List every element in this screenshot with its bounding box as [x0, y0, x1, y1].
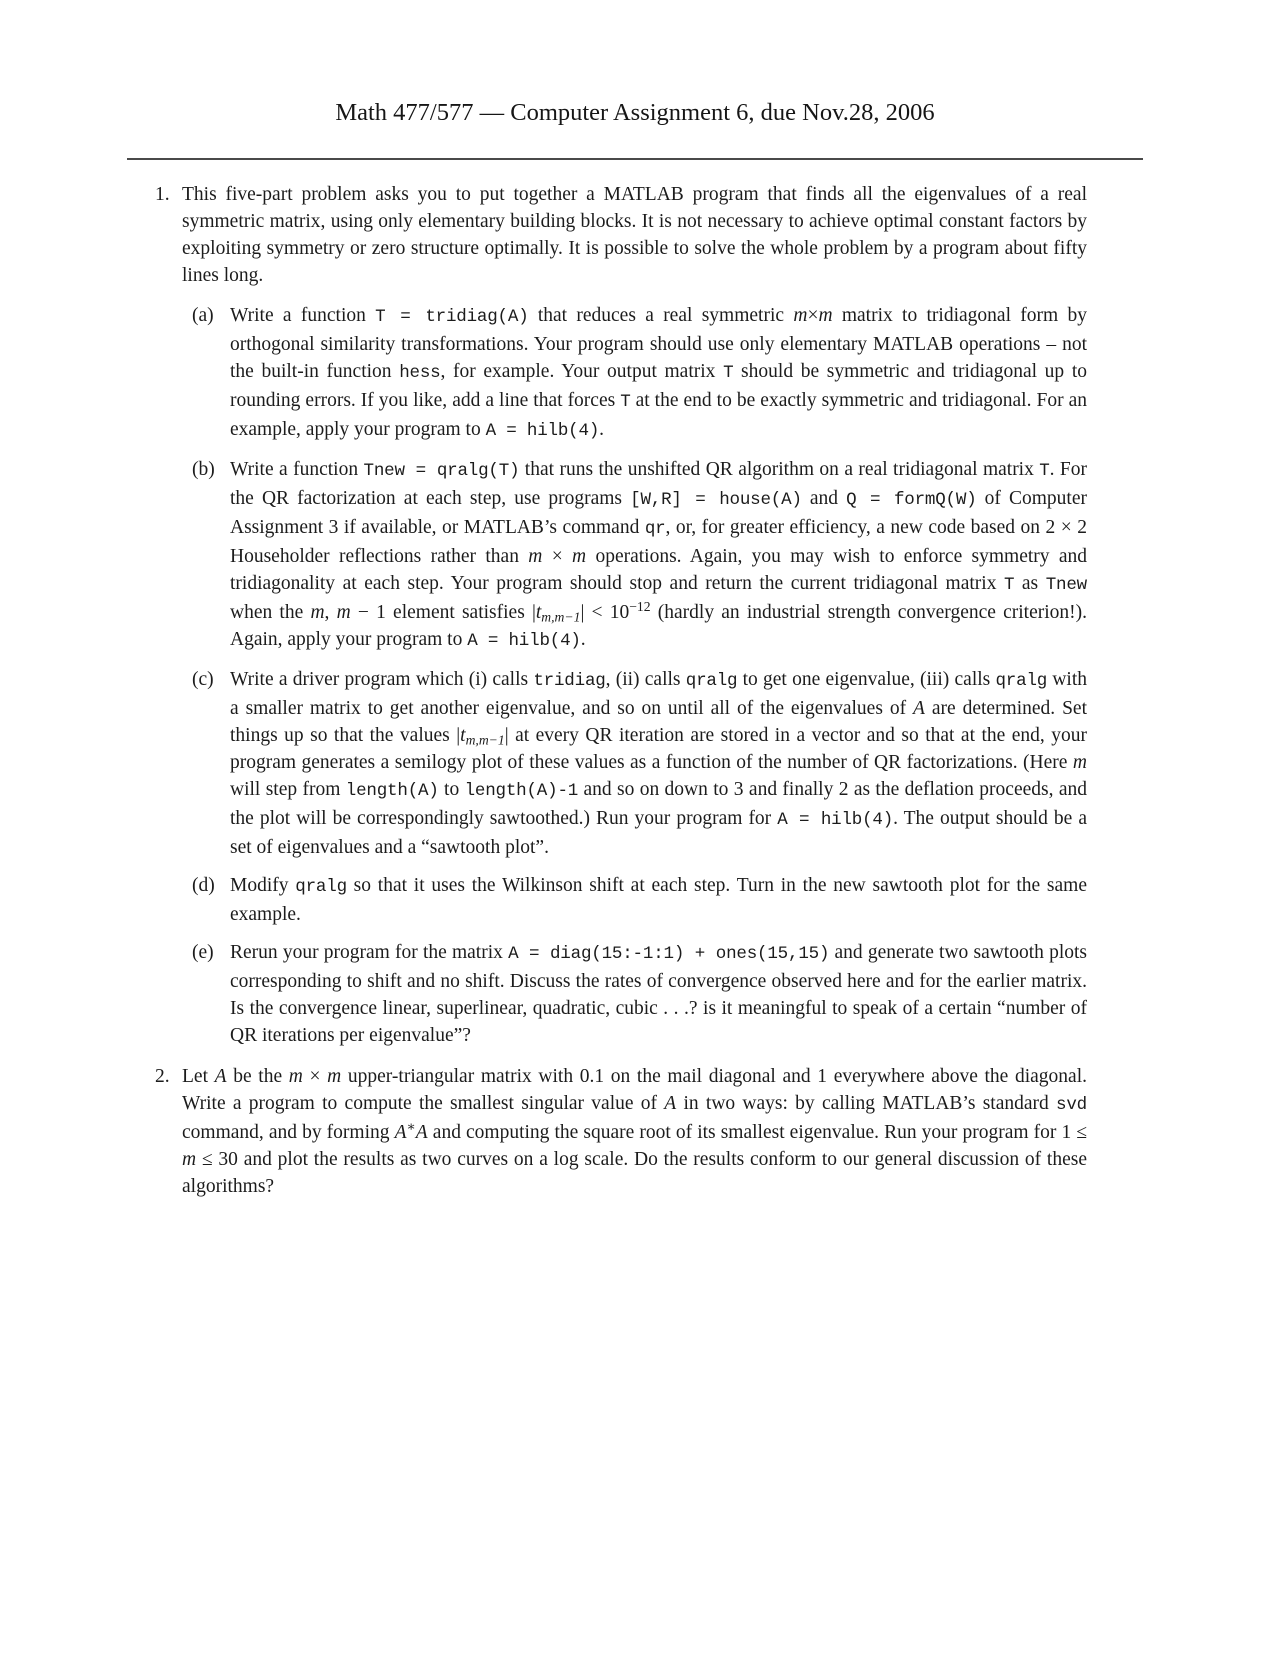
problem-1-part-b: (b)Write a function Tnew = qralg(T) that…	[230, 456, 1087, 655]
problem-1-part-c: (c)Write a driver program which (i) call…	[230, 666, 1087, 861]
problem-list: 1.This five-part problem asks you to put…	[127, 181, 1087, 1200]
part-b-label: (b)	[192, 456, 230, 483]
part-c-text: Write a driver program which (i) calls t…	[230, 669, 1087, 858]
title-divider	[127, 158, 1143, 160]
problem-1-number: 1.	[155, 181, 182, 208]
part-d-text: Modify qralg so that it uses the Wilkins…	[230, 875, 1087, 925]
part-a-text: Write a function T = tridiag(A) that red…	[230, 305, 1087, 440]
problem-1-part-d: (d)Modify qralg so that it uses the Wilk…	[230, 872, 1087, 928]
problem-1: 1.This five-part problem asks you to put…	[182, 181, 1087, 289]
page-title: Math 477/577 — Computer Assignment 6, du…	[127, 96, 1143, 129]
part-c-label: (c)	[192, 666, 230, 693]
document-page: Math 477/577 — Computer Assignment 6, du…	[0, 0, 1280, 1656]
problem-2-number: 2.	[155, 1063, 182, 1090]
part-b-text: Write a function Tnew = qralg(T) that ru…	[230, 459, 1087, 650]
problem-2: 2.Let A be the m × m upper-triangular ma…	[182, 1063, 1087, 1200]
part-d-label: (d)	[192, 872, 230, 899]
problem-1-text: This five-part problem asks you to put t…	[182, 184, 1087, 286]
part-e-text: Rerun your program for the matrix A = di…	[230, 942, 1087, 1046]
part-e-label: (e)	[192, 939, 230, 966]
problem-1-part-a: (a)Write a function T = tridiag(A) that …	[230, 302, 1087, 445]
problem-2-text: Let A be the m × m upper-triangular matr…	[182, 1066, 1087, 1197]
page-content: Math 477/577 — Computer Assignment 6, du…	[0, 96, 1280, 1200]
problem-1-part-e: (e)Rerun your program for the matrix A =…	[230, 939, 1087, 1049]
part-a-label: (a)	[192, 302, 230, 329]
